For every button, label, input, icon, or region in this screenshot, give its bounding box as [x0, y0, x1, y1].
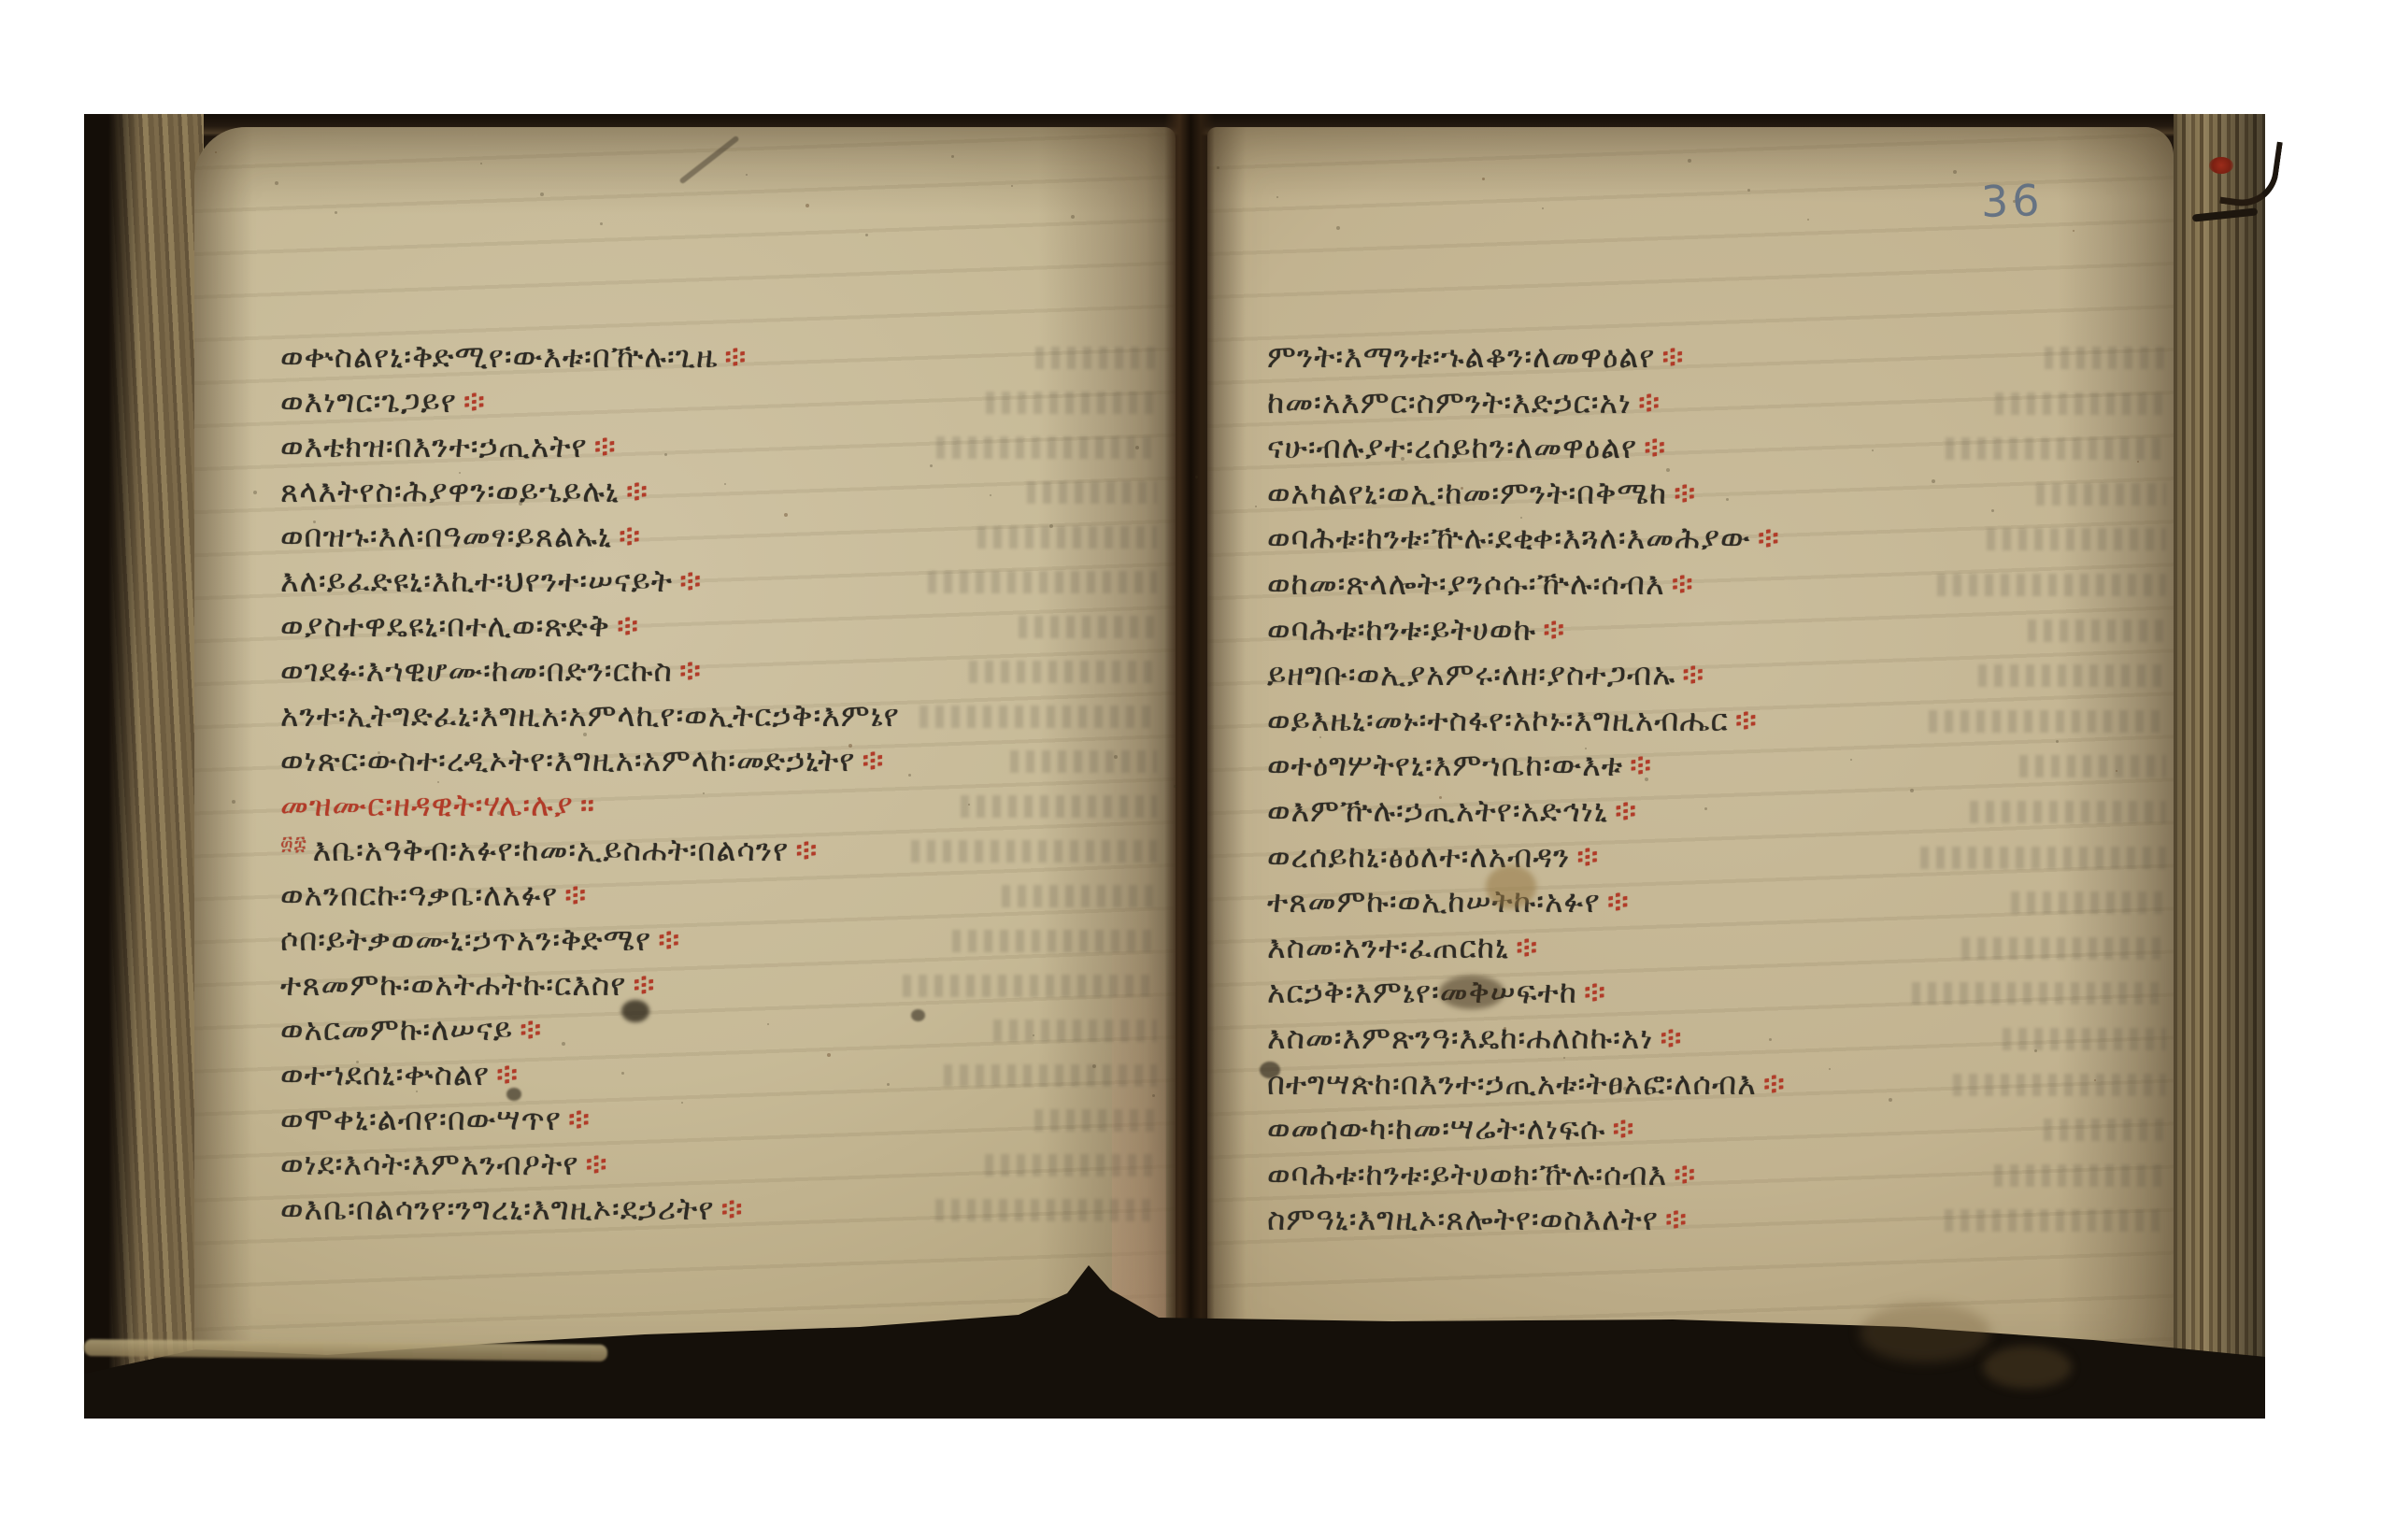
parchment-speck — [827, 1053, 831, 1057]
verse-separator-mark: ፨ — [1584, 974, 1606, 1010]
parchment-speck — [232, 800, 235, 804]
parchment-speck — [2137, 461, 2139, 463]
verse-separator-mark: ፨ — [585, 1146, 607, 1182]
line-text: ወአንበርኩ፡ዓቃቤ፡ለአፉየ — [280, 877, 558, 913]
bleedthrough-ghost-text — [911, 840, 1157, 863]
verse-separator-mark: ፨ — [658, 921, 680, 958]
line-text: ወእቤ፡በልሳንየ፡ንግረኒ፡እግዚኦ፡ደኃሪትየ — [280, 1191, 714, 1227]
bleedthrough-ghost-text — [1912, 982, 2166, 1005]
text-line: ሶበ፡ይትቃወሙኒ፡ኃጥአን፡ቅድሜየ፨ — [280, 921, 680, 962]
verse-separator-mark: ፨ — [724, 338, 747, 375]
line-text: ወተዕግሦትየኒ፡እምኀቤከ፡ውእቱ — [1267, 747, 1623, 783]
bleedthrough-ghost-text — [1994, 1164, 2166, 1187]
parchment-speck — [1217, 166, 1219, 169]
rubric-line: መዝሙር፡ዘዳዊት፡ሃሌ፡ሉያ። — [280, 787, 595, 828]
parchment-speck — [681, 1102, 683, 1104]
line-text: ወቍስልየኒ፡ቅድሚየ፡ውእቱ፡በዅሉ፡ጊዜ — [280, 338, 718, 375]
bleedthrough-ghost-text — [936, 436, 1157, 459]
page-stack-left-edge — [84, 114, 204, 1419]
text-line: ወባሕቱ፡ከንቱ፡ዅሉ፡ደቂቀ፡እጓለ፡እመሕያው፨ — [1267, 520, 1780, 561]
bleedthrough-ghost-text — [969, 661, 1157, 683]
line-text: ወይእዜኒ፡መኑ፡ተስፋየ፡አኮኑ፡እግዚአብሔር — [1267, 702, 1729, 738]
bleedthrough-ghost-text — [1034, 1109, 1157, 1132]
parchment-speck — [215, 151, 217, 153]
bleedthrough-ghost-text — [2036, 483, 2166, 506]
verse-separator-mark: ፨ — [1674, 1156, 1696, 1192]
parchment-speck — [951, 155, 954, 158]
parchment-speck — [1666, 468, 1670, 472]
line-text: ወሞቀኒ፡ልብየ፡በውሣጥየ — [280, 1101, 562, 1137]
text-line: እስመ፡እምጽንዓ፡እዴከ፡ሐለስኩ፡አነ፨ — [1267, 1020, 1683, 1061]
verse-separator-mark: ፨ — [568, 1101, 591, 1137]
bleedthrough-ghost-text — [1010, 750, 1157, 773]
text-line: ወእምዅሉ፡ኃጢአትየ፡አድኅነኒ፨ — [1267, 792, 1637, 834]
text-line: አንተ፡ኢትግድፈኒ፡እግዚአ፡አምላኪየ፡ወኢትርኃቅ፡እምኔየ — [280, 697, 900, 738]
bleedthrough-ghost-text — [1970, 801, 2166, 823]
line-text: ጸላእትየስ፡ሕያዋን፡ወይኄይሉኒ — [280, 473, 620, 509]
parchment-speck — [1542, 207, 1544, 209]
text-line: ወረሰይከኒ፡ፅዕለተ፡ለአብዳን፨ — [1267, 838, 1599, 879]
verse-separator-mark: ፨ — [1672, 565, 1694, 602]
text-line: ተጸመምኩ፡ወኢከሠትኩ፡አፉየ፨ — [1267, 883, 1630, 924]
text-line: እለ፡ይፈድዩኒ፡እኪተ፡ህየንተ፡ሠናይት፨ — [280, 563, 702, 604]
verse-separator-mark: ፨ — [720, 1191, 743, 1227]
bleedthrough-ghost-text — [1995, 392, 2166, 415]
verse-separator-mark: ፨ — [1661, 338, 1684, 375]
bleedthrough-ghost-text — [2028, 620, 2166, 642]
line-text: ወገደፉ፡እኀዊሆሙ፡ከመ፡በድን፡ርኩስ — [280, 652, 673, 689]
text-line: ወተዕግሦትየኒ፡እምኀቤከ፡ውእቱ፨ — [1267, 747, 1652, 788]
red-thread-fibers — [2209, 157, 2233, 174]
line-text: ወእምዅሉ፡ኃጢአትየ፡አድኅነኒ — [1267, 792, 1608, 829]
line-text: መዝሙር፡ዘዳዊት፡ሃሌ፡ሉያ — [280, 787, 574, 823]
line-text: እለ፡ይፈድዩኒ፡እኪተ፡ህየንተ፡ሠናይት — [280, 563, 673, 599]
parchment-speck — [1033, 1034, 1034, 1036]
line-text: በተግሣጽከ፡በእንተ፡ኃጢአቱ፡ትፀአፎ፡ለሰብእ — [1267, 1065, 1757, 1102]
parchment-speck — [887, 1083, 890, 1086]
bleedthrough-ghost-text — [1945, 1209, 2166, 1232]
line-text: እስመ፡አንተ፡ፈጠርከኒ — [1267, 929, 1509, 965]
verse-separator-mark: ፨ — [1682, 656, 1704, 692]
parchment-speck — [1932, 479, 1935, 483]
bleedthrough-ghost-text — [1920, 847, 2166, 869]
bleedthrough-ghost-text — [985, 1154, 1157, 1176]
text-line: ወመሰውካ፡ከመ፡ሣሬት፡ለነፍሱ፨ — [1267, 1110, 1635, 1151]
bleedthrough-ghost-text — [2019, 755, 2166, 777]
parchment-speck — [1520, 517, 1522, 519]
parchment-speck — [1688, 159, 1691, 163]
line-text: ምንት፡እማንቱ፡ኁልቆን፡ለመዋዕልየ — [1267, 338, 1655, 375]
line-text: ወእቴክዝ፡በእንተ፡ኃጢአትየ — [280, 428, 588, 464]
verse-separator-mark: ፨ — [1665, 1201, 1688, 1237]
verse-separator-mark: ፨ — [1674, 475, 1696, 511]
bleedthrough-ghost-text — [1987, 528, 2166, 550]
verse-separator-mark: ፨ — [1543, 611, 1565, 648]
bleedthrough-ghost-text — [1002, 885, 1157, 907]
text-line: ወእቴክዝ፡በእንተ፡ኃጢአትየ፨ — [280, 428, 617, 469]
parchment-speck — [2094, 1079, 2096, 1081]
parchment-speck — [275, 181, 278, 185]
verse-separator-mark: ፨ — [1516, 929, 1538, 965]
text-line: ተጸመምኩ፡ወአትሐትኩ፡ርእስየ፨ — [280, 966, 656, 1007]
bleedthrough-ghost-text — [2044, 1119, 2166, 1141]
parchment-speck — [621, 1072, 624, 1075]
verse-separator-mark: ፨ — [862, 742, 884, 778]
parchment-speck — [335, 211, 337, 214]
line-text: ስምዓኒ፡እግዚኦ፡ጸሎትየ፡ወስእለትየ — [1267, 1201, 1659, 1237]
parchment-speck — [990, 494, 991, 496]
line-text: ወነደ፡እሳት፡እምአንብዖትየ — [280, 1146, 578, 1182]
verse-separator-mark: ፨ — [795, 832, 818, 868]
verse-separator-mark: ፨ — [1638, 384, 1661, 421]
text-line: ወአንበርኩ፡ዓቃቤ፡ለአፉየ፨ — [280, 877, 587, 918]
parchment-speck — [1704, 807, 1707, 810]
parchment-speck — [1011, 185, 1013, 187]
line-text: እቤ፡አዓቅብ፡አፉየ፡ከመ፡ኢይስሐት፡በልሳንየ — [313, 832, 790, 868]
text-line: በተግሣጽከ፡በእንተ፡ኃጢአቱ፡ትፀአፎ፡ለሰብእ፨ — [1267, 1065, 1786, 1106]
binding-thread — [2192, 131, 2267, 234]
verse-separator-mark: ፨ — [679, 563, 702, 599]
line-text: ወረሰይከኒ፡ፅዕለተ፡ለአብዳን — [1267, 838, 1570, 875]
line-text: እስመ፡እምጽንዓ፡እዴከ፡ሐለስኩ፡አነ — [1267, 1020, 1653, 1056]
parchment-speck — [664, 453, 667, 456]
parchment-speck — [1071, 215, 1075, 219]
line-text: ከመ፡አእምር፡ስምንት፡እድኃር፡አነ — [1267, 384, 1632, 421]
line-text: ወከመ፡ጽላሎት፡ያንሶሱ፡ዅሉ፡ሰብእ — [1267, 565, 1665, 602]
parchment-speck — [540, 192, 544, 196]
verse-separator-mark: ፨ — [1763, 1065, 1786, 1102]
line-text: ይዘግቡ፡ወኢያአምሩ፡ለዘ፡ያስተጋብኡ — [1267, 656, 1675, 692]
verse-separator-mark: ፨ — [1607, 883, 1630, 920]
verse-separator-mark: ፨ — [594, 428, 617, 464]
bleedthrough-ghost-text — [928, 571, 1157, 593]
bleedthrough-ghost-text — [2003, 1028, 2166, 1050]
parchment-speck — [1174, 785, 1176, 788]
thread-strand-icon — [2192, 207, 2258, 221]
text-line: ወአካልየኒ፡ወኢ፡ከመ፡ምንት፡በቅሜከ፨ — [1267, 475, 1696, 516]
parchment-speck — [1807, 219, 1809, 221]
parchment-speck — [1769, 1038, 1772, 1041]
line-text: ወባሕቱ፡ከንቱ፡ይትሀወክ፡ዅሉ፡ሰብእ — [1267, 1156, 1667, 1192]
text-line: ወአርመምኩ፡ለሠናይ፨ — [280, 1011, 542, 1052]
bleedthrough-ghost-text — [935, 1199, 1157, 1221]
verse-separator-mark: ፨ — [1630, 747, 1652, 783]
line-text: ተጸመምኩ፡ወአትሐትኩ፡ርእስየ — [280, 966, 626, 1003]
text-line: ፴፰እቤ፡አዓቅብ፡አፉየ፡ከመ፡ኢይስሐት፡በልሳንየ፨ — [280, 832, 818, 873]
parchment-speck — [865, 234, 868, 236]
line-text: አርኃቅ፡እምኔየ፡መቅሠፍተከ — [1267, 974, 1577, 1010]
bleedthrough-ghost-text — [952, 930, 1157, 952]
bleedthrough-ghost-text — [1019, 616, 1157, 638]
parchment-speck — [908, 774, 911, 777]
bleedthrough-ghost-text — [1027, 481, 1157, 504]
line-text: ወመሰውካ፡ከመ፡ሣሬት፡ለነፍሱ — [1267, 1110, 1605, 1147]
parchment-speck — [724, 483, 726, 485]
text-line: ወሞቀኒ፡ልብየ፡በውሣጥየ፨ — [280, 1101, 591, 1142]
verse-separator-mark: ፨ — [619, 518, 641, 554]
parchment-speck — [562, 1042, 565, 1046]
bleedthrough-ghost-text — [961, 795, 1157, 818]
verse-separator-mark: ፨ — [633, 966, 655, 1003]
parchment-speck — [1991, 509, 1994, 512]
parchment-speck — [1152, 1094, 1155, 1097]
text-line: ወቍስልየኒ፡ቅድሚየ፡ውእቱ፡በዅሉ፡ጊዜ፨ — [280, 338, 747, 379]
text-line: ወባሕቱ፡ከንቱ፡ይትሀወክ፡ዅሉ፡ሰብእ፨ — [1267, 1156, 1696, 1197]
parchment-speck — [1255, 506, 1257, 507]
bleedthrough-ghost-text — [2045, 347, 2166, 369]
bleedthrough-ghost-text — [993, 1020, 1157, 1042]
text-line: ወተኀደሰኒ፡ቍስልየ፨ — [280, 1056, 519, 1097]
text-line: ስምዓኒ፡እግዚኦ፡ጸሎትየ፡ወስእለትየ፨ — [1267, 1201, 1688, 1242]
line-text: ወባሕቱ፡ከንቱ፡ይትሀወኩ — [1267, 611, 1536, 648]
verse-separator-mark: ፨ — [1615, 792, 1637, 829]
parchment-speck — [1336, 226, 1340, 230]
line-text: ወተኀደሰኒ፡ቍስልየ — [280, 1056, 490, 1092]
verse-separator-mark: ፨ — [1735, 702, 1758, 738]
parchment-speck — [1195, 476, 1198, 478]
parchment-speck — [767, 1023, 769, 1025]
verse-separator-mark: ፨ — [463, 383, 486, 420]
line-text: ወበዝኁ፡እለ፡በዓመፃ፡ይጸልኡኒ — [280, 518, 612, 554]
text-line: ወይእዜኒ፡መኑ፡ተስፋየ፡አኮኑ፡እግዚአብሔር፨ — [1267, 702, 1758, 743]
text-line: ጸላእትየስ፡ሕያዋን፡ወይኄይሉኒ፨ — [280, 473, 649, 514]
parchment-speck — [480, 163, 482, 164]
text-line: ወእቤ፡በልሳንየ፡ንግረኒ፡እግዚኦ፡ደኃሪትየ፨ — [280, 1191, 744, 1232]
line-text: ወነጽር፡ውስተ፡ረዲኦትየ፡እግዚአ፡አምላከ፡መድኃኒትየ — [280, 742, 855, 778]
parchment-speck — [930, 464, 933, 467]
parchment-speck — [703, 792, 705, 794]
line-text: ናሁ፡ብሉያተ፡ረሰይከን፡ለመዋዕልየ — [1267, 429, 1637, 465]
thread-strand-icon — [2219, 135, 2283, 210]
bleedthrough-ghost-text — [977, 526, 1157, 549]
page-stack-fore-edge — [2174, 114, 2265, 1419]
parchment-speck — [2073, 230, 2074, 232]
parchment-speck — [1850, 759, 1852, 761]
parchment-speck — [1482, 178, 1485, 180]
line-text: ሶበ፡ይትቃወሙኒ፡ኃጥአን፡ቅድሜየ — [280, 921, 651, 958]
parchment-speck — [784, 513, 788, 517]
bleedthrough-ghost-text — [1946, 437, 2166, 460]
line-text: ወአካልየኒ፡ወኢ፡ከመ፡ምንት፡በቅሜከ — [1267, 475, 1667, 511]
parchment-speck — [2034, 1049, 2037, 1052]
line-text: ተጸመምኩ፡ወኢከሠትኩ፡አፉየ — [1267, 883, 1601, 920]
text-line: ከመ፡አእምር፡ስምንት፡እድኃር፡አነ፨ — [1267, 384, 1661, 425]
parchment-speck — [1135, 446, 1139, 449]
verse-separator-mark: ፨ — [1660, 1020, 1682, 1056]
text-line: ናሁ፡ብሉያተ፡ረሰይከን፡ለመዋዕልየ፨ — [1267, 429, 1666, 470]
line-text: ወአርመምኩ፡ለሠናይ — [280, 1011, 513, 1048]
verse-separator-mark: ፨ — [564, 877, 587, 913]
verse-separator-mark: ፨ — [1758, 520, 1780, 556]
parchment-speck — [1889, 1098, 1892, 1102]
parchment-speck — [1872, 449, 1874, 451]
bleedthrough-ghost-text — [1035, 347, 1157, 369]
parchment-speck — [1747, 189, 1750, 192]
parchment-speck — [806, 204, 809, 207]
text-line: ወነደ፡እሳት፡እምአንብዖትየ፨ — [280, 1146, 608, 1187]
parchment-speck — [1114, 755, 1118, 759]
verse-separator-mark: ። — [580, 787, 595, 823]
verse-separator-mark: ፨ — [617, 607, 639, 644]
parchment-speck — [746, 174, 748, 176]
bleedthrough-ghost-text — [1929, 710, 2166, 733]
parchment-speck — [1049, 524, 1053, 528]
text-line: ወባሕቱ፡ከንቱ፡ይትሀወኩ፨ — [1267, 611, 1565, 652]
gutter-shadow — [1164, 114, 1215, 1419]
text-line: እስመ፡አንተ፡ፈጠርከኒ፨ — [1267, 929, 1538, 970]
parchment-speck — [1726, 498, 1729, 501]
text-line: ወበዝኁ፡እለ፡በዓመፃ፡ይጸልኡኒ፨ — [280, 518, 641, 559]
bleedthrough-ghost-text — [944, 1064, 1157, 1087]
line-text: ወእነግር፡ጌጋይየ — [280, 383, 457, 420]
bleedthrough-ghost-text — [1953, 1074, 2166, 1096]
bleedthrough-ghost-text — [1978, 664, 2166, 687]
bleedthrough-ghost-text — [1961, 937, 2166, 960]
text-line: ወገደፉ፡እኀዊሆሙ፡ከመ፡በድን፡ርኩስ፨ — [280, 652, 702, 693]
bleedthrough-ghost-text — [986, 392, 1157, 414]
text-line: ይዘግቡ፡ወኢያአምሩ፡ለዘ፡ያስተጋብኡ፨ — [1267, 656, 1704, 697]
parchment-speck — [2116, 770, 2117, 772]
parchment-speck — [253, 491, 257, 494]
bleedthrough-ghost-text — [920, 706, 1157, 728]
verse-separator-mark: ፨ — [496, 1056, 519, 1092]
parchment-speck — [968, 804, 970, 806]
line-text: ወያስተዋዴዩኒ፡በተሊወ፡ጽድቅ — [280, 607, 610, 644]
parchment-speck — [1829, 1068, 1831, 1070]
line-text: ወባሕቱ፡ከንቱ፡ዅሉ፡ደቂቀ፡እጓለ፡እመሕያው — [1267, 520, 1751, 556]
text-line: ወእነግር፡ጌጋይየ፨ — [280, 383, 486, 424]
verse-separator-mark: ፨ — [626, 473, 649, 509]
verse-separator-mark: ፨ — [1576, 838, 1599, 875]
parchment-speck — [1953, 170, 1957, 174]
verse-separator-mark: ፨ — [520, 1011, 542, 1048]
bleedthrough-ghost-text — [2011, 891, 2166, 914]
parchment-speck — [1276, 196, 1278, 198]
bleedthrough-ghost-text — [903, 975, 1157, 997]
text-line: ወያስተዋዴዩኒ፡በተሊወ፡ጽድቅ፨ — [280, 607, 639, 649]
parchment-speck — [1092, 1064, 1096, 1068]
manuscript-photo: ወቍስልየኒ፡ቅድሚየ፡ውእቱ፡በዅሉ፡ጊዜ፨ወእነግር፡ጌጋይየ፨ወእቴክዝ፡… — [84, 114, 2265, 1419]
text-line: አርኃቅ፡እምኔየ፡መቅሠፍተከ፨ — [1267, 974, 1606, 1015]
text-line: ወከመ፡ጽላሎት፡ያንሶሱ፡ዅሉ፡ሰብእ፨ — [1267, 565, 1694, 606]
parchment-speck — [1910, 789, 1914, 792]
text-line: ምንት፡እማንቱ፡ኁልቆን፡ለመዋዕልየ፨ — [1267, 338, 1685, 379]
line-text: አንተ፡ኢትግድፈኒ፡እግዚአ፡አምላኪየ፡ወኢትርኃቅ፡እምኔየ — [280, 697, 900, 734]
text-line: ወነጽር፡ውስተ፡ረዲኦትየ፡እግዚአ፡አምላከ፡መድኃኒትየ፨ — [280, 742, 885, 783]
parchment-speck — [2056, 740, 2059, 743]
folio-number: 36 — [1980, 175, 2044, 227]
verse-separator-mark: ፨ — [1612, 1110, 1634, 1147]
verse-separator-mark: ፨ — [1644, 429, 1666, 465]
bleedthrough-ghost-text — [1937, 574, 2166, 596]
parchment-speck — [600, 222, 603, 225]
psalm-number-marker: ፴፰ — [280, 832, 307, 854]
verse-separator-mark: ፨ — [679, 652, 702, 689]
